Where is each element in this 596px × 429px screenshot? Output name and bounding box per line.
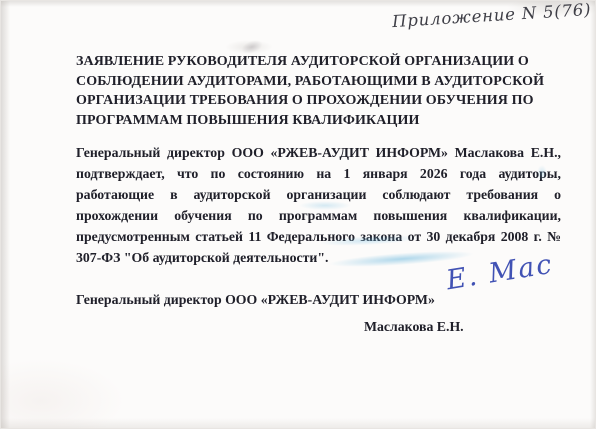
body-line: прохождении обучения по программам повыш… bbox=[76, 205, 561, 226]
title-line: СОБЛЮДЕНИИ АУДИТОРАМИ, РАБОТАЮЩИМИ В АУД… bbox=[76, 72, 576, 92]
document-body-paragraph: Генеральный директор ООО «РЖЕВ-АУДИТ ИНФ… bbox=[76, 142, 561, 268]
document-title: ЗАЯВЛЕНИЕ РУКОВОДИТЕЛЯ АУДИТОРСКОЙ ОРГАН… bbox=[76, 52, 576, 130]
body-line: предусмотренным статьей 11 Федерального … bbox=[76, 226, 561, 247]
title-line: ЗАЯВЛЕНИЕ РУКОВОДИТЕЛЯ АУДИТОРСКОЙ ОРГАН… bbox=[76, 52, 576, 72]
title-line: ОРГАНИЗАЦИИ ТРЕБОВАНИЯ О ПРОХОЖДЕНИИ ОБУ… bbox=[76, 91, 576, 111]
handwritten-annotation: Приложение N 5(76) bbox=[392, 0, 593, 31]
body-line: подтверждает, что по состоянию на 1 янва… bbox=[76, 163, 561, 184]
scanned-document-page: Приложение N 5(76) ЗАЯВЛЕНИЕ РУКОВОДИТЕЛ… bbox=[0, 0, 596, 429]
title-line: ПРОГРАММАМ ПОВЫШЕНИЯ КВАЛИФИКАЦИИ bbox=[76, 111, 576, 131]
body-line: работающие в аудиторской организации соб… bbox=[76, 184, 561, 205]
signature-role-line: Генеральный директор ООО «РЖЕВ-АУДИТ ИНФ… bbox=[76, 292, 435, 308]
body-line: Генеральный директор ООО «РЖЕВ-АУДИТ ИНФ… bbox=[76, 142, 561, 163]
signatory-name: Маслакова Е.Н. bbox=[364, 319, 464, 335]
